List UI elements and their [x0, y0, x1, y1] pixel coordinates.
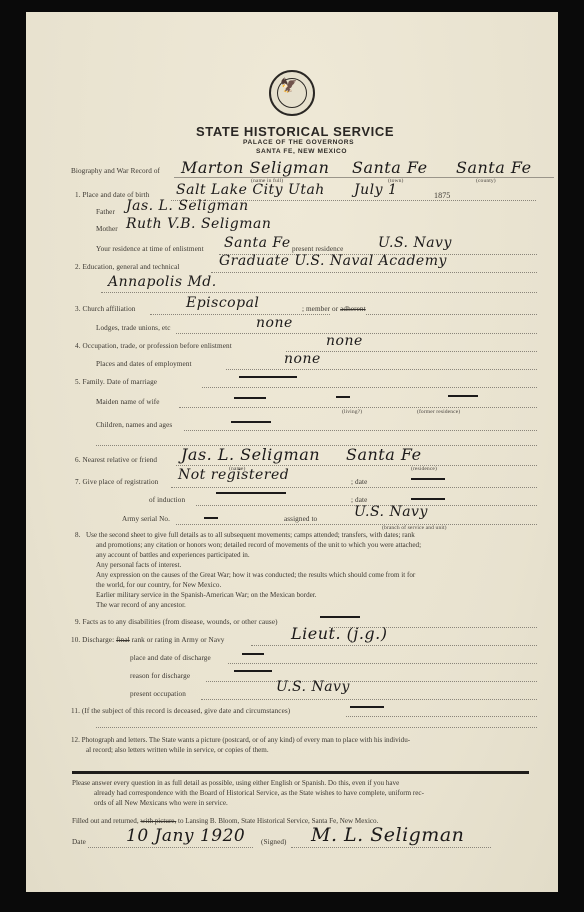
instructions-line2: already had correspondence with the Boar… — [94, 788, 424, 798]
instructions-line1: Please answer every question in as full … — [72, 778, 399, 788]
subject-county: Santa Fe — [456, 158, 532, 177]
mother-label: Mother — [96, 225, 118, 233]
induction-label: of induction — [149, 496, 185, 504]
discharge-reason-label: reason for discharge — [130, 672, 190, 680]
birth-year: 1875 — [434, 191, 450, 200]
present-residence: U.S. Navy — [378, 235, 452, 251]
record-form-sheet: 🦅 STATE HISTORICAL SERVICE PALACE OF THE… — [26, 12, 558, 892]
signed-date: 10 Jany 1920 — [126, 826, 245, 846]
caption-relative-residence: (residence) — [411, 466, 437, 472]
signature: M. L. Seligman — [311, 824, 464, 846]
induction-date-label: ; date — [351, 496, 367, 504]
instructions-line3: ords of all New Mexicans who were in ser… — [94, 798, 228, 808]
assigned-to: U.S. Navy — [354, 504, 428, 520]
disabilities-label: 9. Facts as to any disabilities (from di… — [75, 618, 278, 626]
form-subtitle: PALACE OF THE GOVERNORS — [243, 139, 354, 146]
discharge-rank: Lieut. (j.g.) — [291, 624, 387, 643]
signed-label: (Signed) — [261, 838, 287, 846]
education-line2: Annapolis Md. — [108, 274, 217, 290]
birth-date: July 1 — [354, 182, 397, 198]
father-label: Father — [96, 208, 115, 216]
biography-label: Biography and War Record of — [71, 167, 160, 175]
residence-enlistment-label: Your residence at time of enlistment — [96, 245, 204, 253]
present-residence-label: present residence — [292, 245, 343, 253]
present-occupation: U.S. Navy — [276, 679, 350, 695]
caption-former-residence: (former residence) — [417, 409, 460, 415]
photograph-line2: al record; also letters written while in… — [86, 745, 269, 755]
form-title: STATE HISTORICAL SERVICE — [196, 124, 394, 139]
caption-county: (county) — [476, 178, 496, 184]
subject-town: Santa Fe — [352, 158, 428, 177]
lodges-value: none — [256, 315, 293, 331]
date-label: Date — [72, 838, 86, 846]
registration-label: 7. Give place of registration — [75, 478, 158, 486]
assigned-label: assigned to — [284, 515, 317, 523]
member-label: ; member or adherent — [302, 305, 366, 313]
registration-place: Not registered — [178, 467, 289, 483]
form-location: SANTA FE, NEW MEXICO — [256, 148, 347, 155]
present-occupation-label: present occupation — [130, 690, 186, 698]
q8-number: 8. — [75, 530, 80, 540]
deceased-label: 11. (If the subject of this record is de… — [71, 707, 290, 715]
nearest-relative-label: 6. Nearest relative or friend — [75, 456, 157, 464]
q8-line3: any account of battles and experiences p… — [96, 550, 250, 560]
education-line1: Graduate U.S. Naval Academy — [219, 253, 447, 269]
employment-value: none — [284, 351, 321, 367]
mother-name: Ruth V.B. Seligman — [126, 216, 271, 232]
marriage-label: 5. Family. Date of marriage — [75, 378, 157, 386]
education-label: 2. Education, general and technical — [75, 263, 179, 271]
state-seal-icon: 🦅 — [269, 70, 315, 116]
lodges-label: Lodges, trade unions, etc — [96, 324, 171, 332]
q8-line2: and promotions; any citation or honors w… — [96, 540, 421, 550]
nearest-relative-residence: Santa Fe — [346, 445, 422, 464]
photograph-line1: 12. Photograph and letters. The State wa… — [71, 735, 410, 745]
serial-number-label: Army serial No. — [122, 515, 170, 523]
footer-divider — [72, 771, 529, 774]
registration-date-label: ; date — [351, 478, 367, 486]
subject-name: Marton Seligman — [181, 158, 329, 177]
q8-line4: Any personal facts of interest. — [96, 560, 181, 570]
q8-line6: the world, for our country, for New Mexi… — [96, 580, 221, 590]
q8-line5: Any expression on the causes of the Grea… — [96, 570, 415, 580]
discharge-place-label: place and date of discharge — [130, 654, 211, 662]
occupation-before: none — [326, 333, 363, 349]
maiden-name-label: Maiden name of wife — [96, 398, 160, 406]
q8-line8: The war record of any ancestor. — [96, 600, 186, 610]
employment-label: Places and dates of employment — [96, 360, 192, 368]
q8-line7: Earlier military service in the Spanish-… — [96, 590, 317, 600]
caption-living: (living?) — [342, 409, 362, 415]
church-affiliation: Episcopal — [186, 295, 259, 311]
children-label: Children, names and ages — [96, 421, 172, 429]
church-label: 3. Church affiliation — [75, 305, 135, 313]
nearest-relative-name: Jas. L. Seligman — [181, 445, 320, 464]
occupation-before-label: 4. Occupation, trade, or profession befo… — [75, 342, 232, 350]
q8-line1: Use the second sheet to give full detail… — [86, 530, 415, 540]
residence-enlistment: Santa Fe — [224, 235, 291, 251]
discharge-label: 10. Discharge: final rank or rating in A… — [71, 636, 225, 644]
father-name: Jas. L. Seligman — [126, 198, 249, 214]
birth-place: Salt Lake City Utah — [176, 182, 325, 198]
